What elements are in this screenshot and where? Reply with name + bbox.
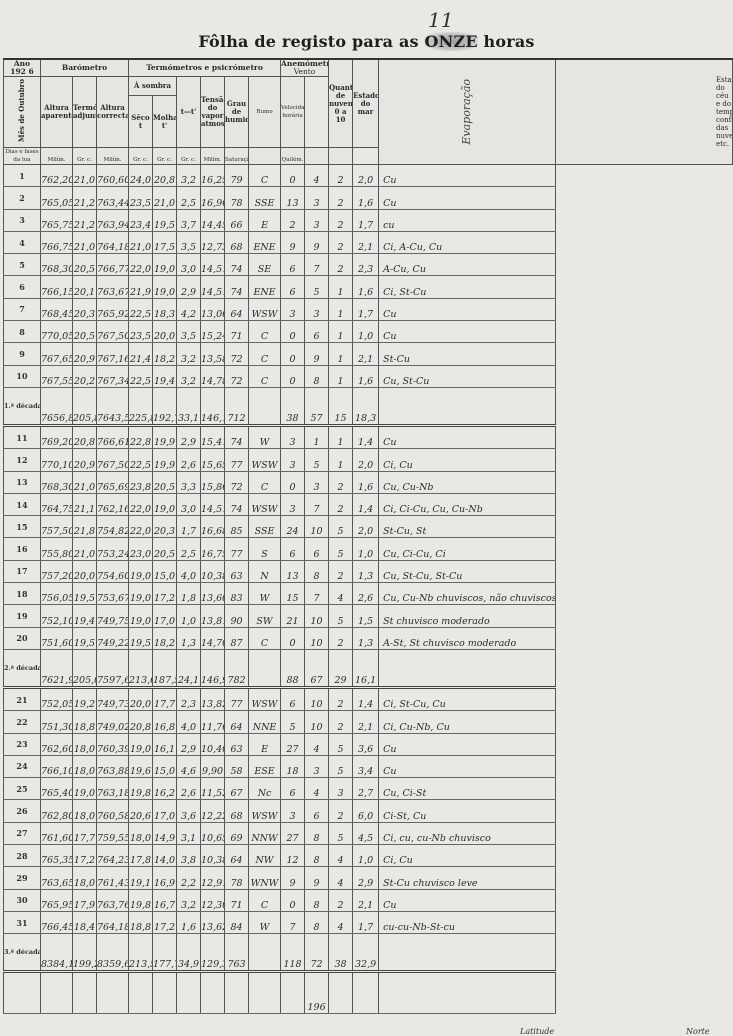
cell-sea: 2 [329,231,353,253]
cell-hum: 90 [225,605,249,627]
cell-wet: 20,5 [153,538,177,560]
cell-cloud: 10 [305,605,329,627]
cell-vap: 10,38 [201,560,225,582]
cell-wet: 16,9 [153,867,177,889]
cell-ba: 767,65 [41,343,73,365]
cell-vap: 16,68 [201,516,225,538]
cell-bc: 761,43 [97,867,129,889]
cell-dry: 18,0 [129,822,153,844]
cell-wet: 19,9 [153,449,177,471]
sky-description: Ci-St, Cu [379,800,556,822]
cell-cloud: 7 [305,254,329,276]
table-row: 20751,6019,5749,2219,518,21,314,7087C010… [4,627,733,649]
cell-evap: 2,0 [353,449,379,471]
cell-sea: 4 [329,583,353,605]
cell-sea: 4 [329,845,353,867]
cell-wet: 18,2 [153,343,177,365]
cell-sea: 2 [329,471,353,493]
cell-bc: 749,75 [97,605,129,627]
wind-dir-header: Rumo [249,77,281,148]
sky-description: Cu, St-Cu, St-Cu [379,560,556,582]
sky-description: St-Cu, St [379,516,556,538]
cell-bt: 21,1 [73,493,97,515]
cell-diff: 2,3 [177,687,201,710]
cell-wspd: 6 [281,254,305,276]
cell-wspd: 13 [281,560,305,582]
cell-wspd: 0 [281,165,305,187]
unit-mm: Milím. [97,148,129,165]
cell-diff: 3,2 [177,889,201,911]
day-number: 2 [4,187,41,209]
day-number: 12 [4,449,41,471]
cell-ba: 7621,90 [41,649,73,687]
cell-hum: 68 [225,800,249,822]
cell-dry: 19,8 [129,778,153,800]
cell-bc: 763,18 [97,778,129,800]
table-row: 27761,6017,7759,5518,014,93,110,6569NNW2… [4,822,733,844]
days-header: Dias e fases da lua [4,148,41,165]
title-hour: ONZE [424,32,477,51]
cell-ba: 752,10 [41,605,73,627]
cell-sea: 1 [329,298,353,320]
cell-sea: 5 [329,538,353,560]
cell-vap: 13,62 [201,911,225,933]
cell-cloud: 6 [305,321,329,343]
cell-hum: 64 [225,298,249,320]
cell-ba: 762,20 [41,165,73,187]
cell-ba: 765,05 [41,187,73,209]
cell-bt: 21,0 [73,165,97,187]
table-row: 13768,3021,0765,6923,820,53,315,8672C032… [4,471,733,493]
decade-label: 1.ª década [4,387,41,425]
cell-bt: 20,1 [73,276,97,298]
cell-evap: 4,5 [353,822,379,844]
cell-wspd: 12 [281,845,305,867]
sky-description [379,649,556,687]
cell-wet: 16,2 [153,778,177,800]
cell-diff: 3,5 [177,231,201,253]
cell-cloud: 1 [305,425,329,448]
cell-evap: 32,9 [353,934,379,972]
cell-vap: 12,91 [201,867,225,889]
unit-mm: Milím. [41,148,73,165]
cell-wet: 19,0 [153,493,177,515]
cell-wdir: WSW [249,687,281,710]
sheet-number: 11 [428,8,453,32]
cell-wspd: 7 [281,911,305,933]
cell-cloud: 9 [305,867,329,889]
table-row: 9767,6520,9767,1621,418,23,213,5872C0912… [4,343,733,365]
unit-blank [329,148,353,165]
cell-evap: 1,7 [353,209,379,231]
month-total-row: 196 [4,972,733,1014]
cell-hum: 79 [225,165,249,187]
cell-evap: 2,6 [353,583,379,605]
cell-bt: 19,2 [73,687,97,710]
cell-vap: 12,73 [201,231,225,253]
table-row: 7768,4520,3765,9222,518,34,213,0664WSW33… [4,298,733,320]
cell-hum: 74 [225,276,249,298]
cell-dry: 22,5 [129,365,153,387]
cell-dry: 22,5 [129,449,153,471]
cell-bc: 760,58 [97,800,129,822]
cell-bc: 749,22 [97,627,129,649]
cell-vap: 13,60 [201,583,225,605]
day-number: 3 [4,209,41,231]
cell-wspd: 0 [281,627,305,649]
cell-evap: 1,6 [353,471,379,493]
cell-vap: 10,65 [201,822,225,844]
cell-wet: 14,9 [153,822,177,844]
cell-hum: 87 [225,627,249,649]
month-header: Mês de Outubro [4,77,41,148]
cell-sea: 3 [329,778,353,800]
barometer-header: Barómetro [41,59,129,77]
cell-bt: 19,0 [73,778,97,800]
cell-ba: 767,55 [41,365,73,387]
empty-cell [249,972,281,1014]
cell-bt: 17,7 [73,822,97,844]
cell-sea: 2 [329,889,353,911]
table-row: 25765,4019,0763,1819,816,22,611,5267Nc64… [4,778,733,800]
sky-description: Cu, Cu-Nb [379,471,556,493]
cell-diff: 2,6 [177,778,201,800]
cell-bc: 749,02 [97,711,129,733]
cell-wet: 17,0 [153,800,177,822]
cell-evap: 2,0 [353,516,379,538]
cell-diff: 2,9 [177,733,201,755]
cell-bt: 19,5 [73,627,97,649]
cell-dry: 213,5 [129,934,153,972]
cell-dry: 23,4 [129,209,153,231]
cell-evap: 1,4 [353,425,379,448]
cell-wet: 19,0 [153,276,177,298]
unit-grc: Gr. c. [153,148,177,165]
cell-sea: 1 [329,449,353,471]
table-row: 19752,1019,4749,7519,017,01,013,8190SW21… [4,605,733,627]
day-number: 28 [4,845,41,867]
table-body: 1762,2021,0760,6024,020,83,216,2579C0422… [4,165,733,1014]
cell-bt: 205,0 [73,649,97,687]
day-number: 24 [4,755,41,777]
day-number: 5 [4,254,41,276]
cell-evap: 2,1 [353,343,379,365]
cell-evap: 1,0 [353,538,379,560]
cell-dry: 19,0 [129,605,153,627]
cell-diff: 3,7 [177,209,201,231]
cell-wspd: 21 [281,605,305,627]
cell-wdir: SSE [249,516,281,538]
decade-label: 3.ª década [4,934,41,972]
table-row: 15757,5021,8754,8222,020,31,716,6885SSE2… [4,516,733,538]
cell-diff: 1,7 [177,516,201,538]
unit-saturation: Saturação=100 [225,148,249,165]
cell-diff: 1,3 [177,627,201,649]
cell-sea: 5 [329,755,353,777]
cell-cloud: 8 [305,845,329,867]
empty-cell [41,972,73,1014]
cell-bt: 20,8 [73,425,97,448]
cell-ba: 752,05 [41,687,73,710]
cell-bc: 759,55 [97,822,129,844]
cell-bt: 21,2 [73,209,97,231]
decade-label: 2.ª década [4,649,41,687]
cell-vap: 14,51 [201,493,225,515]
cell-wdir: NNW [249,822,281,844]
cell-ba: 8384,15 [41,934,73,972]
cell-wdir: NNE [249,711,281,733]
cell-wspd: 15 [281,583,305,605]
cell-sea: 2 [329,209,353,231]
cell-bt: 18,4 [73,911,97,933]
cell-bt: 20,0 [73,560,97,582]
cell-evap: 18,3 [353,387,379,425]
cell-evap: 1,6 [353,276,379,298]
cell-hum: 64 [225,711,249,733]
cell-dry: 22,0 [129,493,153,515]
cell-ba: 766,10 [41,755,73,777]
sky-description: Ci, cu, cu-Nb chuvisco [379,822,556,844]
cell-wspd: 6 [281,687,305,710]
cell-cloud: 10 [305,687,329,710]
cell-bc: 764,18 [97,911,129,933]
cell-sea: 1 [329,365,353,387]
cell-cloud: 3 [305,209,329,231]
cell-dry: 19,0 [129,583,153,605]
cell-vap: 10,40 [201,733,225,755]
cell-vap: 9,90 [201,755,225,777]
table-row: 1762,2021,0760,6024,020,83,216,2579C0422… [4,165,733,187]
sky-description: A-St, St chuvisco moderado [379,627,556,649]
cell-wdir: ENE [249,276,281,298]
table-row: 12770,1020,9767,5022,519,92,615,6577WSW3… [4,449,733,471]
cell-cloud: 8 [305,560,329,582]
cell-dry: 23,0 [129,538,153,560]
sky-description: Cu [379,733,556,755]
cell-wspd: 6 [281,778,305,800]
empty-cell [225,972,249,1014]
cell-hum: 63 [225,560,249,582]
cell-wet: 19,5 [153,209,177,231]
cell-sea: 2 [329,165,353,187]
cell-sea: 38 [329,934,353,972]
cell-wdir: WSW [249,493,281,515]
cell-wdir: W [249,425,281,448]
cell-evap: 2,9 [353,867,379,889]
cell-dry: 17,8 [129,845,153,867]
cell-diff: 2,9 [177,276,201,298]
day-number: 19 [4,605,41,627]
total-clouds: 196 [305,972,329,1014]
cell-dry: 19,6 [129,755,153,777]
year-header: Ano192 6 [4,59,41,77]
sea-header: Estado do mar [353,59,379,148]
sky-description: cu-cu-Nb-St-cu [379,911,556,933]
cell-sea: 1 [329,343,353,365]
table-row: 31766,4518,4764,1818,817,21,613,6284W784… [4,911,733,933]
cell-hum: 74 [225,493,249,515]
wet-header: Molhado t' [153,96,177,148]
shade-header: À sombra [129,77,177,96]
cell-dry: 21,4 [129,343,153,365]
cell-bc: 760,39 [97,733,129,755]
cell-ba: 765,75 [41,209,73,231]
empty-cell [129,972,153,1014]
empty-cell [379,972,556,1014]
unit-grc: Gr. c. [129,148,153,165]
cell-hum: 64 [225,845,249,867]
cell-hum: 72 [225,365,249,387]
humidity-header: Grau de humidade [225,77,249,148]
empty-cell [329,972,353,1014]
cell-bt: 20,5 [73,254,97,276]
cell-bc: 767,50 [97,449,129,471]
cell-ba: 751,30 [41,711,73,733]
cell-bt: 20,9 [73,343,97,365]
cell-ba: 765,95 [41,889,73,911]
cell-cloud: 6 [305,800,329,822]
cell-wdir: ESE [249,755,281,777]
cell-vap: 11,76 [201,711,225,733]
table-row: 30765,9517,9763,7619,816,73,212,3071C082… [4,889,733,911]
cell-wspd: 2 [281,209,305,231]
cell-bc: 763,88 [97,755,129,777]
cell-cloud: 8 [305,889,329,911]
sky-description: Cu [379,165,556,187]
cell-wspd: 6 [281,538,305,560]
cell-ba: 7656,870 [41,387,73,425]
cell-diff: 34,9 [177,934,201,972]
table-row: 23762,6018,0760,3919,016,12,910,4063E274… [4,733,733,755]
cell-wdir: C [249,343,281,365]
cell-wet: 15,0 [153,755,177,777]
cell-ba: 770,05 [41,321,73,343]
cell-dry: 23,8 [129,471,153,493]
cell-hum: 78 [225,867,249,889]
cell-dry: 22,0 [129,516,153,538]
cell-dry: 19,0 [129,560,153,582]
cell-wdir: NW [249,845,281,867]
cell-dry: 20,0 [129,687,153,710]
sky-description: Cu, St-Cu [379,365,556,387]
cell-bc: 8359,69 [97,934,129,972]
cell-wet: 14,0 [153,845,177,867]
cell-evap: 1,3 [353,560,379,582]
cell-cloud: 10 [305,516,329,538]
cell-sea: 1 [329,321,353,343]
cell-wdir: E [249,733,281,755]
decade-summary-row: 2.ª década7621,90205,07597,68213,6187,52… [4,649,733,687]
cell-evap: 1,5 [353,605,379,627]
cell-bc: 764,23 [97,845,129,867]
cell-sea: 2 [329,560,353,582]
cell-wspd: 27 [281,733,305,755]
empty-cell [153,972,177,1014]
cell-wspd: 13 [281,187,305,209]
table-row: 16755,8021,0753,2423,020,52,516,7577S665… [4,538,733,560]
day-number: 15 [4,516,41,538]
cell-diff: 3,2 [177,165,201,187]
cell-wet: 21,0 [153,187,177,209]
cell-wet: 19,0 [153,254,177,276]
clouds-header: Quantidade de nuvens 0 a 10 [329,59,353,148]
cell-cloud: 3 [305,471,329,493]
cell-ba: 751,60 [41,627,73,649]
cell-evap: 1,6 [353,365,379,387]
cell-wdir: SSE [249,187,281,209]
cell-wet: 20,3 [153,516,177,538]
table-row: 18756,0519,5753,6719,017,21,813,6083W157… [4,583,733,605]
cell-vap: 12,30 [201,889,225,911]
cell-ba: 770,10 [41,449,73,471]
cell-wet: 20,0 [153,321,177,343]
record-table: Ano192 6 Barómetro Termómetros e psicróm… [3,58,733,1014]
cell-sea: 29 [329,649,353,687]
cell-vap: 14,51 [201,254,225,276]
cell-bt: 205,8 [73,387,97,425]
cell-bt: 20,3 [73,298,97,320]
north-label: Norte [686,1027,710,1036]
sky-description: Ci, St-Cu [379,276,556,298]
cell-evap: 2,1 [353,231,379,253]
cell-dry: 21,0 [129,231,153,253]
cell-vap: 14,51 [201,276,225,298]
cell-hum: 68 [225,231,249,253]
cell-wet: 19,9 [153,425,177,448]
vapor-header: Tensão do vapor atmosférico [201,77,225,148]
cell-bt: 17,9 [73,889,97,911]
cell-wdir [249,934,281,972]
cell-dry: 23,5 [129,321,153,343]
cell-dry: 225,8 [129,387,153,425]
cell-bc: 762,16 [97,493,129,515]
cell-wdir: E [249,209,281,231]
cell-wspd: 18 [281,755,305,777]
sky-description: cu [379,209,556,231]
cell-bc: 765,69 [97,471,129,493]
cell-hum: 77 [225,687,249,710]
dry-header: Sêco t [129,96,153,148]
cell-diff: 3,5 [177,321,201,343]
cell-diff: 2,6 [177,449,201,471]
cell-wspd: 9 [281,867,305,889]
cell-ba: 757,50 [41,516,73,538]
anemometer-header: AnemómetroVento [281,59,329,77]
cell-hum: 74 [225,425,249,448]
cell-vap: 13,58 [201,343,225,365]
cell-sea: 15 [329,387,353,425]
cell-bc: 749,73 [97,687,129,710]
sky-description: Cu [379,425,556,448]
cell-dry: 20,6 [129,800,153,822]
cell-cloud: 4 [305,165,329,187]
cell-vap: 146,93 [201,649,225,687]
cell-wdir: WSW [249,449,281,471]
day-number: 7 [4,298,41,320]
cell-ba: 768,45 [41,298,73,320]
cell-wdir [249,387,281,425]
sky-description: Cu [379,321,556,343]
cell-hum: 84 [225,911,249,933]
cell-evap: 6,0 [353,800,379,822]
cell-cloud: 3 [305,755,329,777]
day-number: 1 [4,165,41,187]
cell-wspd: 3 [281,493,305,515]
cell-sea: 5 [329,822,353,844]
cell-wet: 20,8 [153,165,177,187]
cell-sea: 5 [329,516,353,538]
cell-diff: 2,5 [177,538,201,560]
